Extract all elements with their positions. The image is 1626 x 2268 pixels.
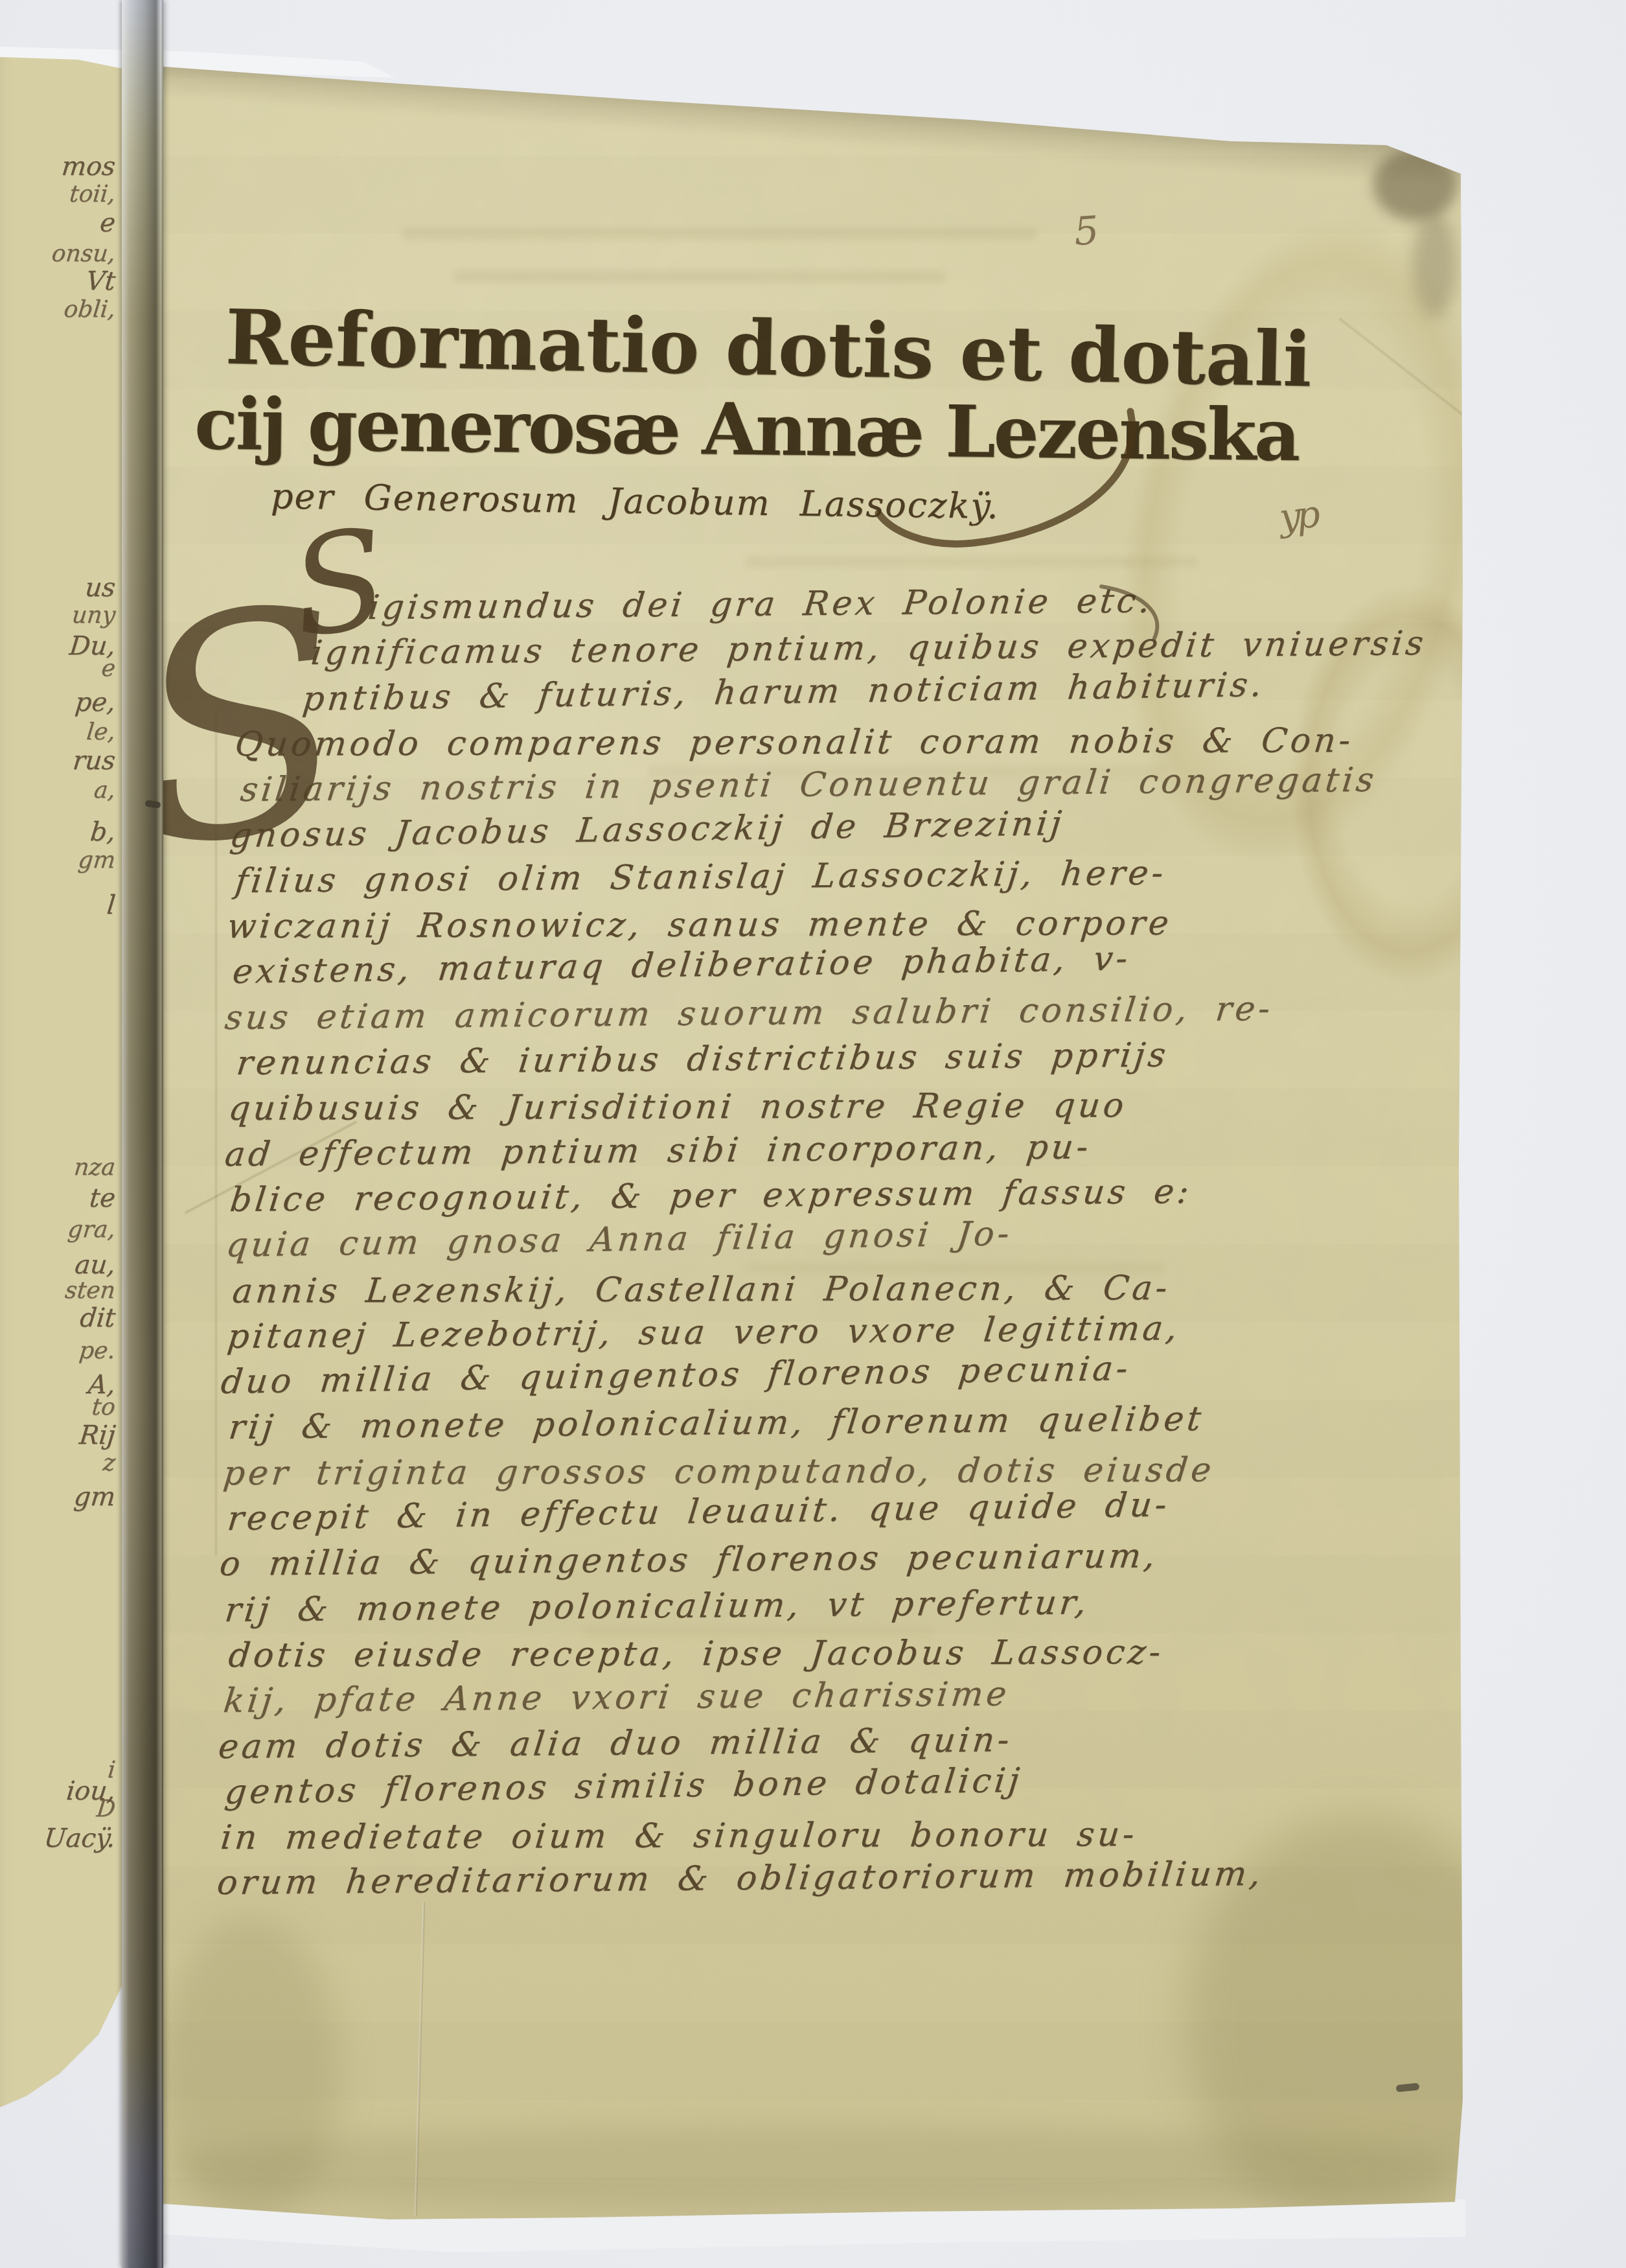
previous-page-fragment: au, <box>0 1250 119 1280</box>
manuscript-page: 5 Reformatio dotis et dotali cij generos… <box>0 0 1626 2268</box>
previous-page-fragment: rus <box>0 746 119 776</box>
manuscript-body-line: renuncias & iuribus districtibus suis pp… <box>235 1036 1171 1083</box>
manuscript-body-line: eam dotis & alia duo millia & quin- <box>216 1720 1014 1766</box>
gutter-glass-rod <box>122 0 163 2268</box>
manuscript-body-line: annis Lezenskij, Castellani Polanecn, & … <box>231 1268 1172 1310</box>
manuscript-body-line: Quomodo comparens personalit coram nobis… <box>233 721 1355 764</box>
manuscript-body-line: kij, pfate Anne vxori sue charissime <box>222 1675 1012 1721</box>
previous-page-fragment: Vt <box>0 266 119 296</box>
manuscript-body-line: ad effectum pntium sibi incorporan, pu- <box>223 1128 1094 1174</box>
ink-showthrough <box>453 271 946 283</box>
manuscript-body-line: pitanej Lezebotrij, sua vero vxore legit… <box>225 1309 1182 1356</box>
manuscript-body-line: igismundus dei gra Rex Polonie etc. <box>366 581 1155 627</box>
previous-page-fragment: gm <box>0 1482 119 1512</box>
previous-page-fragment: b, <box>0 817 119 847</box>
previous-page-fragment: l <box>0 890 119 920</box>
previous-page-fragment: D <box>0 1796 119 1822</box>
ink-showthrough <box>402 228 1036 240</box>
previous-page-fragment: dit <box>0 1303 119 1333</box>
previous-page-fragment: e <box>0 655 119 682</box>
previous-page-fragment: a, <box>0 777 119 804</box>
previous-page-fragment: Uacÿ. <box>0 1823 119 1853</box>
manuscript-body-line: in medietate oium & singuloru bonoru su- <box>219 1815 1139 1857</box>
previous-page-fragment: to <box>0 1394 119 1420</box>
ink-showthrough <box>745 556 1198 568</box>
previous-page-fragment: Rij <box>0 1420 119 1450</box>
previous-page-fragment: mos <box>0 152 119 181</box>
previous-page-fragment: toii, <box>0 181 119 207</box>
previous-page-fragment: uny <box>0 602 119 629</box>
previous-page-fragment: gm <box>0 847 119 874</box>
stain-bottom-band <box>168 2125 1464 2210</box>
previous-page-fragment: pe. <box>0 1337 119 1364</box>
previous-page-fragment: us <box>0 573 119 603</box>
manuscript-body-line: quibusuis & Jurisditioni nostre Regie qu… <box>227 1086 1128 1128</box>
manuscript-body-line: wiczanij Rosnowicz, sanus mente & corpor… <box>225 904 1174 946</box>
manuscript-body-line: rij & monete polonicalium, vt prefertur, <box>223 1583 1092 1630</box>
margin-annotation: yp <box>1277 492 1318 539</box>
previous-page-fragment: onsu, <box>0 240 119 267</box>
previous-page-fragment: gra, <box>0 1216 119 1243</box>
page-number: 5 <box>1073 208 1101 255</box>
scanned-manuscript-photo: mostoii,eonsu,Vtobli,usunyDu,epe,le,rusa… <box>0 0 1626 2268</box>
previous-page-fragment: le, <box>0 719 119 745</box>
previous-page-fragment: e <box>0 208 119 238</box>
heading-line-2: cij generosæ Annæ Lezenska <box>194 382 1299 477</box>
previous-page-fragment: obli, <box>0 296 119 323</box>
previous-page-fragment: te <box>0 1183 119 1213</box>
manuscript-body-line: blice recognouit, & per expressum fassus… <box>228 1172 1194 1220</box>
previous-page-fragment: nza <box>0 1154 119 1181</box>
previous-page-fragment: sten <box>0 1277 119 1304</box>
previous-page-fragment: pe, <box>0 688 119 717</box>
manuscript-body-line: dotis eiusde recepta, ipse Jacobus Lasso… <box>227 1633 1165 1675</box>
manuscript-body-line: filius gnosi olim Stanislaj Lassoczkij, … <box>233 853 1169 901</box>
previous-page-fragment: z <box>0 1450 119 1476</box>
